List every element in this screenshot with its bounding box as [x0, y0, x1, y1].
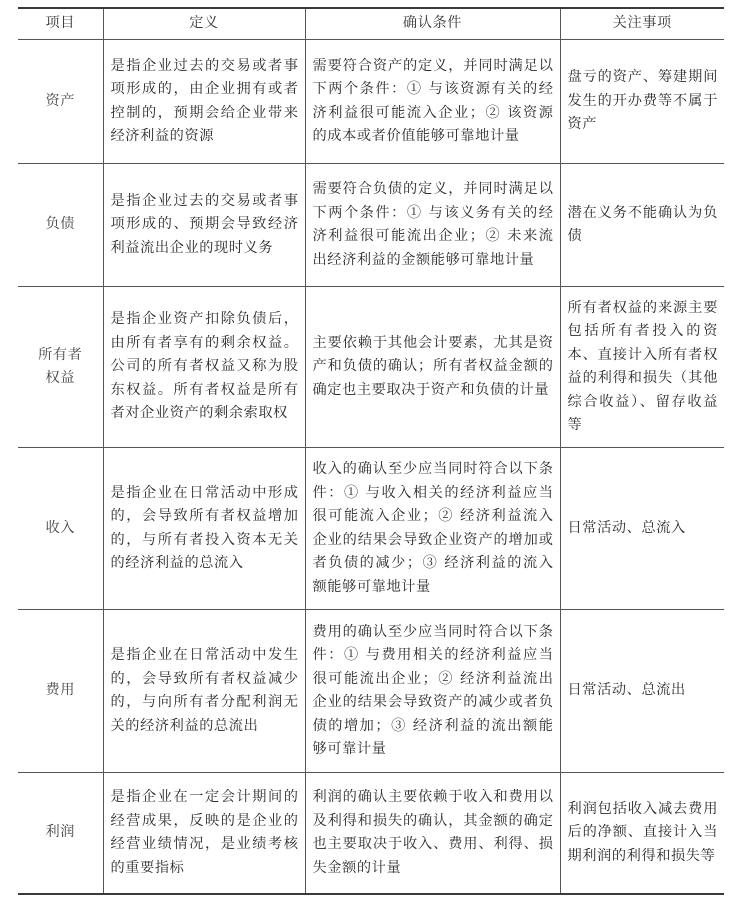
row-item-label: 资产: [18, 40, 103, 164]
table-row-liabilities: 负债 是指企业过去的交易或者事项形成的、预期会导致经济利益流出企业的现时义务 需…: [18, 164, 724, 287]
table-header-row: 项目 定义 确认条件 关注事项: [18, 8, 724, 40]
table-row-revenue: 收入 是指企业在日常活动中形成的，会导致所有者权益增加的，与所有者投入资本无关的…: [18, 448, 724, 610]
row-notes: 潜在义务不能确认为负债: [560, 164, 724, 287]
row-item-label: 费用: [18, 610, 103, 773]
table-row-owners-equity: 所有者权益 是指企业资产扣除负债后，由所有者享有的剩余权益。公司的所有者权益又称…: [18, 287, 724, 448]
row-item-label: 负债: [18, 164, 103, 287]
row-notes: 日常活动、总流出: [560, 610, 724, 773]
row-notes: 利润包括收入减去费用后的净额、直接计入当期利润的利得和损失等: [560, 773, 724, 895]
row-conditions: 主要依赖于其他会计要素，尤其是资产和负债的确认；所有者权益金额的确定也主要取决于…: [305, 287, 560, 448]
row-conditions: 利润的确认主要依赖于收入和费用以及利得和损失的确认，其金额的确定也主要取决于收入…: [305, 773, 560, 895]
row-definition: 是指企业在一定会计期间的经营成果，反映的是企业的经营业绩情况，是业绩考核的重要指…: [103, 773, 305, 895]
row-conditions: 需要符合资产的定义，并同时满足以下两个条件：① 与该资源有关的经济利益很可能流入…: [305, 40, 560, 164]
row-conditions: 需要符合负债的定义，并同时满足以下两个条件：① 与该义务有关的经济利益很可能流出…: [305, 164, 560, 287]
accounting-elements-table-container: 项目 定义 确认条件 关注事项 资产 是指企业过去的交易或者事项形成的，由企业拥…: [18, 7, 724, 895]
column-header-conditions: 确认条件: [305, 8, 560, 40]
column-header-definition: 定义: [103, 8, 305, 40]
row-definition: 是指企业资产扣除负债后，由所有者享有的剩余权益。公司的所有者权益又称为股东权益。…: [103, 287, 305, 448]
row-conditions: 收入的确认至少应当同时符合以下条件：① 与收入相关的经济利益应当很可能流入企业；…: [305, 448, 560, 610]
accounting-elements-table: 项目 定义 确认条件 关注事项 资产 是指企业过去的交易或者事项形成的，由企业拥…: [18, 7, 724, 895]
row-conditions: 费用的确认至少应当同时符合以下条件：① 与费用相关的经济利益应当很可能流出企业；…: [305, 610, 560, 773]
column-header-notes: 关注事项: [560, 8, 724, 40]
table-row-expenses: 费用 是指企业在日常活动中发生的，会导致所有者权益减少的，与向所有者分配利润无关…: [18, 610, 724, 773]
row-item-label: 收入: [18, 448, 103, 610]
row-definition: 是指企业在日常活动中发生的，会导致所有者权益减少的，与向所有者分配利润无关的经济…: [103, 610, 305, 773]
row-item-label: 利润: [18, 773, 103, 895]
row-notes: 盘亏的资产、筹建期间发生的开办费等不属于资产: [560, 40, 724, 164]
row-definition: 是指企业过去的交易或者事项形成的、预期会导致经济利益流出企业的现时义务: [103, 164, 305, 287]
row-notes: 所有者权益的来源主要包括所有者投入的资本、直接计入所有者权益的利得和损失（其他综…: [560, 287, 724, 448]
row-item-label: 所有者权益: [18, 287, 103, 448]
row-notes: 日常活动、总流入: [560, 448, 724, 610]
row-definition: 是指企业在日常活动中形成的，会导致所有者权益增加的，与所有者投入资本无关的经济利…: [103, 448, 305, 610]
column-header-item: 项目: [18, 8, 103, 40]
table-row-profit: 利润 是指企业在一定会计期间的经营成果，反映的是企业的经营业绩情况，是业绩考核的…: [18, 773, 724, 895]
table-row-assets: 资产 是指企业过去的交易或者事项形成的，由企业拥有或者控制的，预期会给企业带来经…: [18, 40, 724, 164]
row-definition: 是指企业过去的交易或者事项形成的，由企业拥有或者控制的，预期会给企业带来经济利益…: [103, 40, 305, 164]
